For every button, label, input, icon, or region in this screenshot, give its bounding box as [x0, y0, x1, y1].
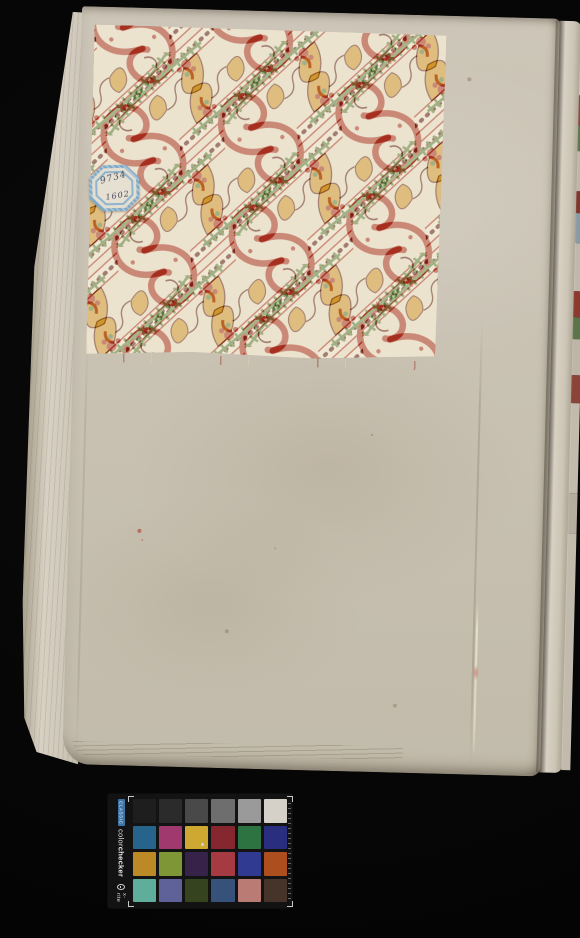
corner-mark-icon [287, 901, 293, 907]
color-patch [238, 799, 261, 823]
colorchecker-card: CLASSIC colorchecker x-rite [108, 794, 292, 908]
color-patch [159, 826, 182, 850]
color-patch [159, 852, 182, 876]
color-patch [133, 799, 156, 823]
colorchecker-grid [133, 799, 287, 902]
edge-segment [573, 291, 580, 317]
color-patch [264, 826, 287, 850]
textile-swatch [86, 25, 447, 364]
edge-segment [576, 151, 580, 191]
color-patch [264, 799, 287, 823]
edge-segment [573, 317, 580, 339]
edge-segment [571, 375, 580, 403]
color-patch [238, 826, 261, 850]
corner-mark-icon [128, 901, 134, 907]
colorchecker-brand: colorchecker [117, 829, 126, 877]
sample-book: 9734 1602 [8, 0, 580, 803]
brand-light: color [117, 829, 126, 847]
color-patch [159, 879, 182, 903]
book-page: 9734 1602 [62, 6, 560, 776]
color-patch [211, 879, 234, 903]
color-patch [264, 879, 287, 903]
photo-backdrop: 9734 1602 CLASSIC colorchecker x-rite [0, 0, 580, 938]
edge-segment [568, 493, 578, 533]
color-patch [133, 852, 156, 876]
colorchecker-left-strip: CLASSIC colorchecker x-rite [112, 799, 130, 903]
color-patch [238, 879, 261, 903]
edge-segment [574, 243, 580, 291]
classic-edition-chip: CLASSIC [118, 799, 125, 826]
paper-specks [82, 6, 84, 8]
color-patch [211, 826, 234, 850]
page-crease-left [75, 336, 88, 756]
edge-segment [572, 339, 580, 375]
ruler-scale [288, 803, 291, 899]
edge-segment [575, 213, 580, 243]
xrite-logo-icon [117, 884, 125, 890]
color-patch [185, 826, 208, 850]
color-patch [211, 799, 234, 823]
color-patch [133, 826, 156, 850]
xrite-label: x-rite [115, 893, 127, 903]
corner-mark-icon [128, 796, 134, 802]
color-patch [185, 799, 208, 823]
inventory-label: 9734 1602 [89, 164, 140, 211]
edge-segment [576, 191, 580, 213]
color-patch [185, 852, 208, 876]
color-patch [133, 879, 156, 903]
edge-segment [569, 403, 580, 493]
textile-pattern-svg [86, 25, 447, 364]
color-patch [238, 852, 261, 876]
color-patch [211, 852, 234, 876]
color-patch [264, 852, 287, 876]
brand-bold: checker [117, 847, 126, 877]
page-crease-right [469, 317, 483, 767]
color-patch [159, 799, 182, 823]
center-registration-dot [201, 843, 204, 846]
color-patch [185, 879, 208, 903]
corner-mark-icon [287, 796, 293, 802]
page-bottom-striations [73, 741, 403, 760]
